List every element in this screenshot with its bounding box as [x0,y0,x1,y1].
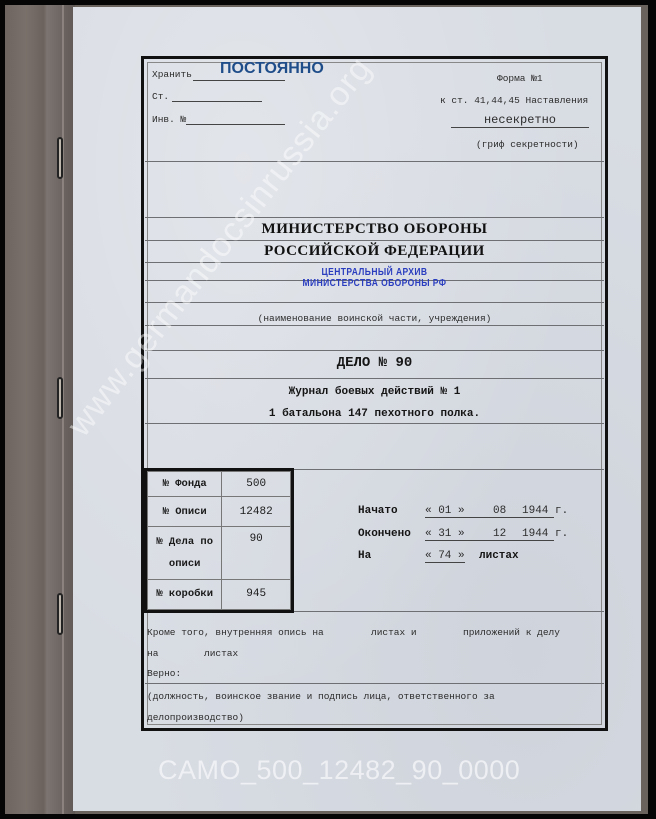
fond-value: 500 [222,472,291,497]
inventory-text: Кроме того, внутренняя опись на [147,627,324,638]
box-label: № коробки [148,579,222,609]
inv-label: Инв. № [152,114,186,125]
secrecy-value: несекретно [451,113,589,128]
appendix-sheets-text: листах [204,648,238,659]
secrecy-caption: (гриф секретности) [476,139,579,150]
inv-field [186,124,285,125]
case-title: ДЕЛО № 90 [141,355,608,371]
opis-label: № Описи [148,496,222,526]
image-code-label: CAMO_500_12482_90_0000 [158,755,520,786]
keep-underline [193,80,285,81]
ended-label: Окончено [358,528,411,540]
keep-stamp: ПОСТОЯННО [220,60,324,78]
archive-stamp-line-1: ЦЕНТРАЛЬНЫЙ АРХИВ [176,267,573,278]
st-field [172,101,262,102]
table-row: № Описи 12482 [148,496,291,526]
delo-value: 90 [222,527,291,579]
fond-label: № Фонда [148,472,222,497]
appendix-on-text: на [147,648,158,659]
ended-month: 12 [493,528,506,540]
table-row: № Дела по описи 90 [148,527,291,579]
delo-label: № Дела по описи [148,527,222,579]
appendix-text: приложений к делу [463,627,560,638]
archive-stamp-line-2: МИНИСТЕРСТВА ОБОРОНЫ РФ [176,278,573,289]
responsible-caption-line-1: (должность, воинское звание и подпись ли… [147,691,495,702]
case-description-line-1: Журнал боевых действий № 1 [141,386,608,398]
keep-label: Хранить [152,69,192,80]
started-month: 08 [493,505,506,517]
staple-icon [57,593,63,635]
inventory-sheets-text: листах и [371,627,417,638]
form-number: Форма №1 [497,73,543,84]
opis-value: 12482 [222,496,291,526]
form-reference: к ст. 41,44,45 Наставления [440,95,588,106]
sheets-suffix: листах [479,550,519,562]
staple-icon [57,137,63,179]
staple-icon [57,377,63,419]
case-description-line-2: 1 батальона 147 пехотного полка. [141,408,608,420]
st-label: Ст. [152,91,169,102]
started-date-field: « 01 » 08 1944 [425,505,554,518]
started-label: Начато [358,505,398,517]
archive-info-table: № Фонда 500 № Описи 12482 № Дела по опис… [144,468,294,613]
started-year: 1944 [522,505,548,517]
ended-year-suffix: г. [555,528,568,540]
started-day: « 01 » [425,505,465,517]
responsible-caption-line-2: делопроизводство) [147,712,244,723]
box-value: 945 [222,579,291,609]
ended-date-field: « 31 » 12 1944 [425,528,554,541]
sheets-label: На [358,550,371,562]
table-row: № Фонда 500 [148,472,291,497]
started-year-suffix: г. [555,505,568,517]
ended-day: « 31 » [425,528,465,540]
verified-label: Верно: [147,668,181,679]
folder-spine [5,5,75,814]
unit-name-caption: (наименование воинской части, учреждения… [141,313,608,324]
sheets-count: « 74 » [425,550,465,563]
table-row: № коробки 945 [148,579,291,609]
ended-year: 1944 [522,528,548,540]
